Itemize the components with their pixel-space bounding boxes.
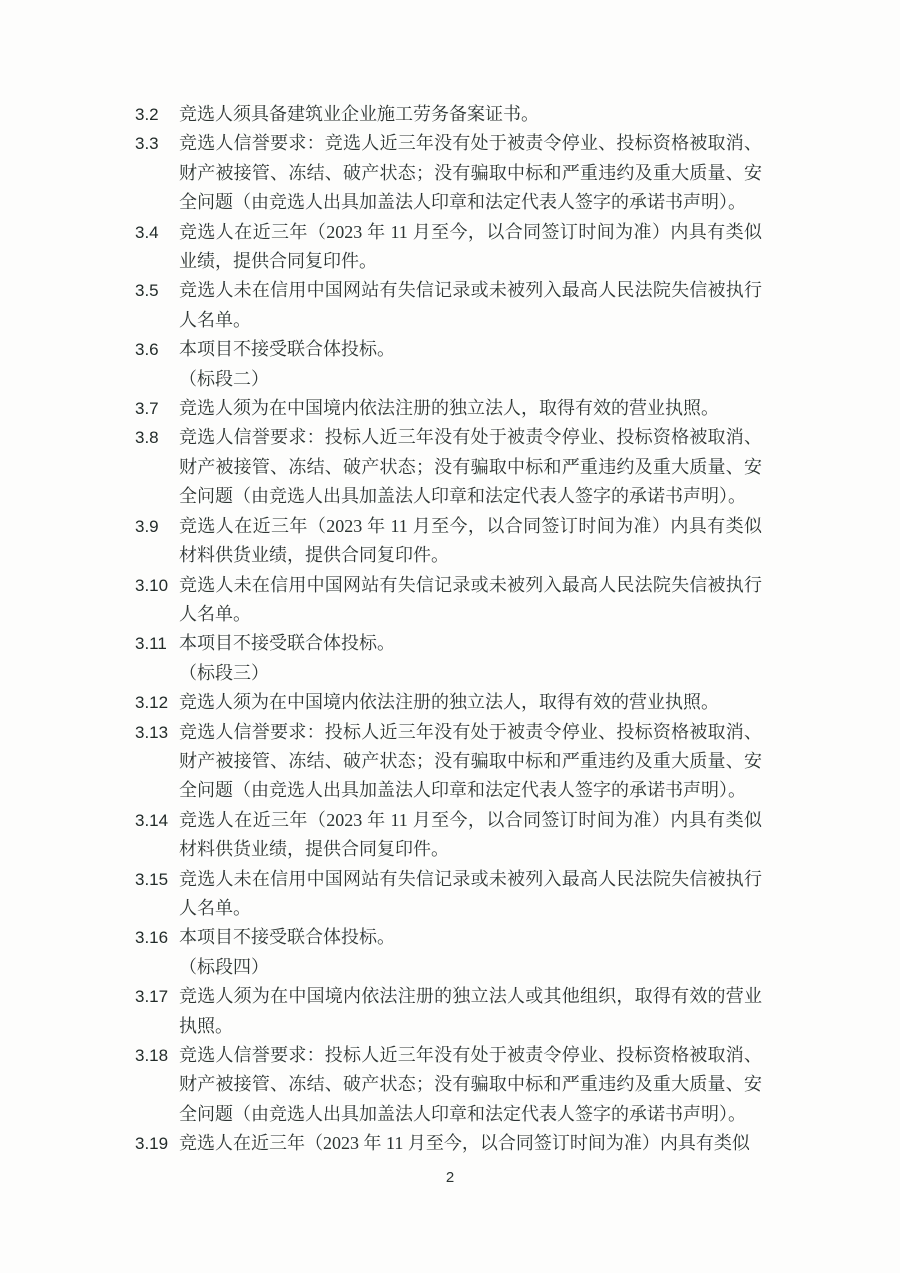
clause-row: 3.13 竞选人信誉要求：投标人近三年没有处于被责令停业、投标资格被取消、财产被… [135, 718, 762, 806]
clause-text: 本项目不接受联合体投标。 [179, 629, 762, 658]
section-label: （标段四） [179, 953, 762, 982]
clause-number: 3.10 [135, 571, 179, 600]
clause-number: 3.11 [135, 629, 179, 658]
clause-number: 3.16 [135, 923, 179, 952]
section-heading-row: （标段四） [135, 953, 762, 982]
clause-row: 3.14 竞选人在近三年（2023 年 11 月至今，以合同签订时间为准）内具有… [135, 806, 762, 865]
clause-text: 竞选人信誉要求：投标人近三年没有处于被责令停业、投标资格被取消、财产被接管、冻结… [179, 423, 762, 511]
clause-text: 本项目不接受联合体投标。 [179, 923, 762, 952]
clause-number: 3.3 [135, 129, 179, 158]
section-heading-row: （标段三） [135, 659, 762, 688]
tender-clause-list: 3.2 竞选人须具备建筑业企业施工劳务备案证书。 3.3 竞选人信誉要求：竞选人… [135, 100, 762, 1159]
clause-text: 竞选人须为在中国境内依法注册的独立法人或其他组织，取得有效的营业执照。 [179, 982, 762, 1041]
clause-number: 3.8 [135, 423, 179, 452]
clause-text: 竞选人在近三年（2023 年 11 月至今，以合同签订时间为准）内具有类似材料供… [179, 512, 762, 571]
document-page: 3.2 竞选人须具备建筑业企业施工劳务备案证书。 3.3 竞选人信誉要求：竞选人… [0, 0, 900, 1273]
clause-text: 竞选人须为在中国境内依法注册的独立法人，取得有效的营业执照。 [179, 394, 762, 423]
clause-text: 竞选人须具备建筑业企业施工劳务备案证书。 [179, 100, 762, 129]
clause-number: 3.9 [135, 512, 179, 541]
clause-row: 3.8 竞选人信誉要求：投标人近三年没有处于被责令停业、投标资格被取消、财产被接… [135, 423, 762, 511]
clause-row: 3.5 竞选人未在信用中国网站有失信记录或未被列入最高人民法院失信被执行人名单。 [135, 276, 762, 335]
clause-row: 3.9 竞选人在近三年（2023 年 11 月至今，以合同签订时间为准）内具有类… [135, 512, 762, 571]
clause-text: 竞选人未在信用中国网站有失信记录或未被列入最高人民法院失信被执行人名单。 [179, 865, 762, 924]
section-heading-row: （标段二） [135, 365, 762, 394]
clause-row: 3.18 竞选人信誉要求：投标人近三年没有处于被责令停业、投标资格被取消、财产被… [135, 1041, 762, 1129]
clause-row: 3.12 竞选人须为在中国境内依法注册的独立法人，取得有效的营业执照。 [135, 688, 762, 717]
section-label: （标段二） [179, 365, 762, 394]
clause-number: 3.15 [135, 865, 179, 894]
clause-number: 3.6 [135, 335, 179, 364]
clause-row: 3.7 竞选人须为在中国境内依法注册的独立法人，取得有效的营业执照。 [135, 394, 762, 423]
clause-number: 3.17 [135, 982, 179, 1011]
clause-number: 3.2 [135, 100, 179, 129]
clause-row: 3.10 竞选人未在信用中国网站有失信记录或未被列入最高人民法院失信被执行人名单… [135, 571, 762, 630]
clause-number: 3.5 [135, 276, 179, 305]
clause-number: 3.7 [135, 394, 179, 423]
section-label: （标段三） [179, 659, 762, 688]
clause-number: 3.18 [135, 1041, 179, 1070]
clause-text: 竞选人信誉要求：竞选人近三年没有处于被责令停业、投标资格被取消、财产被接管、冻结… [179, 129, 762, 217]
clause-text: 竞选人未在信用中国网站有失信记录或未被列入最高人民法院失信被执行人名单。 [179, 571, 762, 630]
clause-row: 3.16 本项目不接受联合体投标。 [135, 923, 762, 952]
clause-row: 3.4 竞选人在近三年（2023 年 11 月至今，以合同签订时间为准）内具有类… [135, 218, 762, 277]
clause-number: 3.19 [135, 1129, 179, 1158]
clause-row: 3.15 竞选人未在信用中国网站有失信记录或未被列入最高人民法院失信被执行人名单… [135, 865, 762, 924]
clause-number: 3.13 [135, 718, 179, 747]
clause-text: 竞选人须为在中国境内依法注册的独立法人，取得有效的营业执照。 [179, 688, 762, 717]
page-number: 2 [0, 1168, 900, 1188]
clause-text: 竞选人在近三年（2023 年 11 月至今，以合同签订时间为准）内具有类似 [179, 1129, 762, 1158]
clause-text: 竞选人信誉要求：投标人近三年没有处于被责令停业、投标资格被取消、财产被接管、冻结… [179, 718, 762, 806]
clause-number: 3.12 [135, 688, 179, 717]
clause-row: 3.2 竞选人须具备建筑业企业施工劳务备案证书。 [135, 100, 762, 129]
clause-number: 3.14 [135, 806, 179, 835]
clause-row: 3.17 竞选人须为在中国境内依法注册的独立法人或其他组织，取得有效的营业执照。 [135, 982, 762, 1041]
clause-text: 竞选人信誉要求：投标人近三年没有处于被责令停业、投标资格被取消、财产被接管、冻结… [179, 1041, 762, 1129]
clause-text: 竞选人在近三年（2023 年 11 月至今，以合同签订时间为准）内具有类似材料供… [179, 806, 762, 865]
clause-row: 3.19 竞选人在近三年（2023 年 11 月至今，以合同签订时间为准）内具有… [135, 1129, 762, 1158]
clause-text: 竞选人未在信用中国网站有失信记录或未被列入最高人民法院失信被执行人名单。 [179, 276, 762, 335]
clause-row: 3.3 竞选人信誉要求：竞选人近三年没有处于被责令停业、投标资格被取消、财产被接… [135, 129, 762, 217]
clause-row: 3.6 本项目不接受联合体投标。 [135, 335, 762, 364]
clause-text: 竞选人在近三年（2023 年 11 月至今，以合同签订时间为准）内具有类似业绩，… [179, 218, 762, 277]
clause-text: 本项目不接受联合体投标。 [179, 335, 762, 364]
clause-number: 3.4 [135, 218, 179, 247]
clause-row: 3.11 本项目不接受联合体投标。 [135, 629, 762, 658]
